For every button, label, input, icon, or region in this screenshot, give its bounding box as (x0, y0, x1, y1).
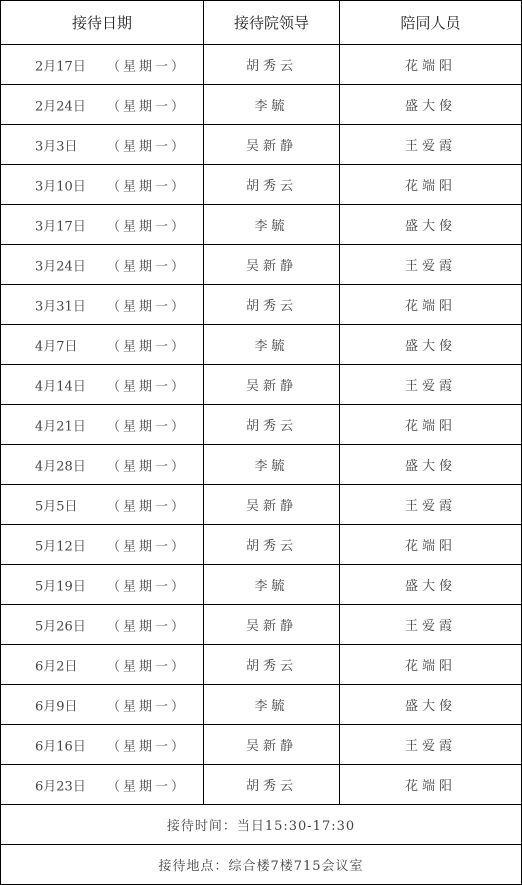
date-cell: 6月16日（星期一） (1, 725, 204, 765)
weekday-text: （星期一） (107, 535, 187, 554)
companion-cell: 花端阳 (340, 765, 522, 805)
table-row: 5月5日（星期一）吴新静王爱霞 (1, 485, 522, 525)
leader-cell: 李毓 (204, 205, 340, 245)
companion-cell: 王爱霞 (340, 365, 522, 405)
date-cell: 6月9日（星期一） (1, 685, 204, 725)
leader-cell: 李毓 (204, 445, 340, 485)
date-text: 2月17日 (35, 55, 86, 74)
companion-cell: 盛大俊 (340, 325, 522, 365)
date-text: 3月3日 (35, 135, 78, 154)
table-row: 6月23日（星期一）胡秀云花端阳 (1, 765, 522, 805)
companion-cell: 花端阳 (340, 285, 522, 325)
leader-cell: 胡秀云 (204, 645, 340, 685)
companion-cell: 花端阳 (340, 405, 522, 445)
date-text: 3月31日 (35, 295, 86, 314)
weekday-text: （星期一） (107, 175, 187, 194)
weekday-text: （星期一） (107, 415, 187, 434)
date-text: 2月24日 (35, 95, 86, 114)
date-text: 5月5日 (35, 495, 78, 514)
leader-cell: 胡秀云 (204, 285, 340, 325)
companion-cell: 盛大俊 (340, 685, 522, 725)
table-row: 2月17日（星期一）胡秀云花端阳 (1, 45, 522, 85)
companion-cell: 花端阳 (340, 165, 522, 205)
date-cell: 2月17日（星期一） (1, 45, 204, 85)
weekday-text: （星期一） (107, 735, 187, 754)
leader-cell: 李毓 (204, 565, 340, 605)
table-row: 3月24日（星期一）吴新静王爱霞 (1, 245, 522, 285)
leader-cell: 胡秀云 (204, 45, 340, 85)
header-date: 接待日期 (1, 1, 204, 45)
table-row: 5月12日（星期一）胡秀云花端阳 (1, 525, 522, 565)
weekday-text: （星期一） (107, 655, 187, 674)
leader-cell: 胡秀云 (204, 165, 340, 205)
companion-cell: 盛大俊 (340, 205, 522, 245)
header-companion: 陪同人员 (340, 1, 522, 45)
date-cell: 6月2日（星期一） (1, 645, 204, 685)
date-text: 3月10日 (35, 175, 86, 194)
date-text: 4月28日 (35, 455, 86, 474)
date-cell: 4月21日（星期一） (1, 405, 204, 445)
weekday-text: （星期一） (107, 455, 187, 474)
weekday-text: （星期一） (107, 375, 187, 394)
table-row: 3月31日（星期一）胡秀云花端阳 (1, 285, 522, 325)
table-row: 4月14日（星期一）吴新静王爱霞 (1, 365, 522, 405)
date-cell: 3月24日（星期一） (1, 245, 204, 285)
companion-cell: 王爱霞 (340, 485, 522, 525)
date-cell: 3月31日（星期一） (1, 285, 204, 325)
leader-cell: 李毓 (204, 325, 340, 365)
reception-location: 接待地点：综合楼7楼715会议室 (1, 845, 522, 885)
companion-cell: 王爱霞 (340, 725, 522, 765)
date-text: 4月7日 (35, 335, 78, 354)
date-cell: 5月12日（星期一） (1, 525, 204, 565)
leader-cell: 胡秀云 (204, 765, 340, 805)
date-text: 6月23日 (35, 775, 86, 794)
leader-cell: 吴新静 (204, 725, 340, 765)
weekday-text: （星期一） (107, 575, 187, 594)
leader-cell: 胡秀云 (204, 525, 340, 565)
date-cell: 5月26日（星期一） (1, 605, 204, 645)
table-body: 2月17日（星期一）胡秀云花端阳2月24日（星期一）李毓盛大俊3月3日（星期一）… (1, 45, 522, 805)
leader-cell: 李毓 (204, 685, 340, 725)
header-row: 接待日期 接待院领导 陪同人员 (1, 1, 522, 45)
table-row: 6月16日（星期一）吴新静王爱霞 (1, 725, 522, 765)
reception-schedule-table: 接待日期 接待院领导 陪同人员 2月17日（星期一）胡秀云花端阳2月24日（星期… (0, 0, 522, 885)
weekday-text: （星期一） (107, 335, 187, 354)
date-text: 3月24日 (35, 255, 86, 274)
weekday-text: （星期一） (107, 495, 187, 514)
date-cell: 3月3日（星期一） (1, 125, 204, 165)
date-cell: 4月28日（星期一） (1, 445, 204, 485)
companion-cell: 花端阳 (340, 525, 522, 565)
date-cell: 5月5日（星期一） (1, 485, 204, 525)
weekday-text: （星期一） (107, 55, 187, 74)
companion-cell: 花端阳 (340, 645, 522, 685)
header-leader: 接待院领导 (204, 1, 340, 45)
date-text: 5月19日 (35, 575, 86, 594)
date-cell: 3月10日（星期一） (1, 165, 204, 205)
weekday-text: （星期一） (107, 295, 187, 314)
table-row: 5月26日（星期一）吴新静王爱霞 (1, 605, 522, 645)
table-row: 4月28日（星期一）李毓盛大俊 (1, 445, 522, 485)
date-text: 5月12日 (35, 535, 86, 554)
footer-location-row: 接待地点：综合楼7楼715会议室 (1, 845, 522, 885)
companion-cell: 盛大俊 (340, 565, 522, 605)
table-row: 6月9日（星期一）李毓盛大俊 (1, 685, 522, 725)
table-row: 5月19日（星期一）李毓盛大俊 (1, 565, 522, 605)
date-text: 6月2日 (35, 655, 78, 674)
companion-cell: 盛大俊 (340, 85, 522, 125)
leader-cell: 吴新静 (204, 245, 340, 285)
weekday-text: （星期一） (107, 95, 187, 114)
leader-cell: 李毓 (204, 85, 340, 125)
table-row: 6月2日（星期一）胡秀云花端阳 (1, 645, 522, 685)
weekday-text: （星期一） (107, 695, 187, 714)
companion-cell: 花端阳 (340, 45, 522, 85)
date-text: 5月26日 (35, 615, 86, 634)
footer-time-row: 接待时间：当日15:30-17:30 (1, 805, 522, 845)
date-cell: 3月17日（星期一） (1, 205, 204, 245)
date-text: 6月16日 (35, 735, 86, 754)
leader-cell: 胡秀云 (204, 405, 340, 445)
date-cell: 6月23日（星期一） (1, 765, 204, 805)
reception-time: 接待时间：当日15:30-17:30 (1, 805, 522, 845)
leader-cell: 吴新静 (204, 365, 340, 405)
leader-cell: 吴新静 (204, 605, 340, 645)
table-row: 4月21日（星期一）胡秀云花端阳 (1, 405, 522, 445)
weekday-text: （星期一） (107, 775, 187, 794)
table-row: 2月24日（星期一）李毓盛大俊 (1, 85, 522, 125)
weekday-text: （星期一） (107, 215, 187, 234)
date-cell: 4月7日（星期一） (1, 325, 204, 365)
table-row: 3月3日（星期一）吴新静王爱霞 (1, 125, 522, 165)
companion-cell: 王爱霞 (340, 245, 522, 285)
table-row: 3月10日（星期一）胡秀云花端阳 (1, 165, 522, 205)
weekday-text: （星期一） (107, 615, 187, 634)
companion-cell: 王爱霞 (340, 125, 522, 165)
date-cell: 2月24日（星期一） (1, 85, 204, 125)
table-row: 4月7日（星期一）李毓盛大俊 (1, 325, 522, 365)
leader-cell: 吴新静 (204, 485, 340, 525)
date-text: 4月21日 (35, 415, 86, 434)
companion-cell: 盛大俊 (340, 445, 522, 485)
date-cell: 5月19日（星期一） (1, 565, 204, 605)
date-text: 3月17日 (35, 215, 86, 234)
weekday-text: （星期一） (107, 255, 187, 274)
companion-cell: 王爱霞 (340, 605, 522, 645)
leader-cell: 吴新静 (204, 125, 340, 165)
date-text: 6月9日 (35, 695, 78, 714)
date-text: 4月14日 (35, 375, 86, 394)
table-row: 3月17日（星期一）李毓盛大俊 (1, 205, 522, 245)
weekday-text: （星期一） (107, 135, 187, 154)
date-cell: 4月14日（星期一） (1, 365, 204, 405)
